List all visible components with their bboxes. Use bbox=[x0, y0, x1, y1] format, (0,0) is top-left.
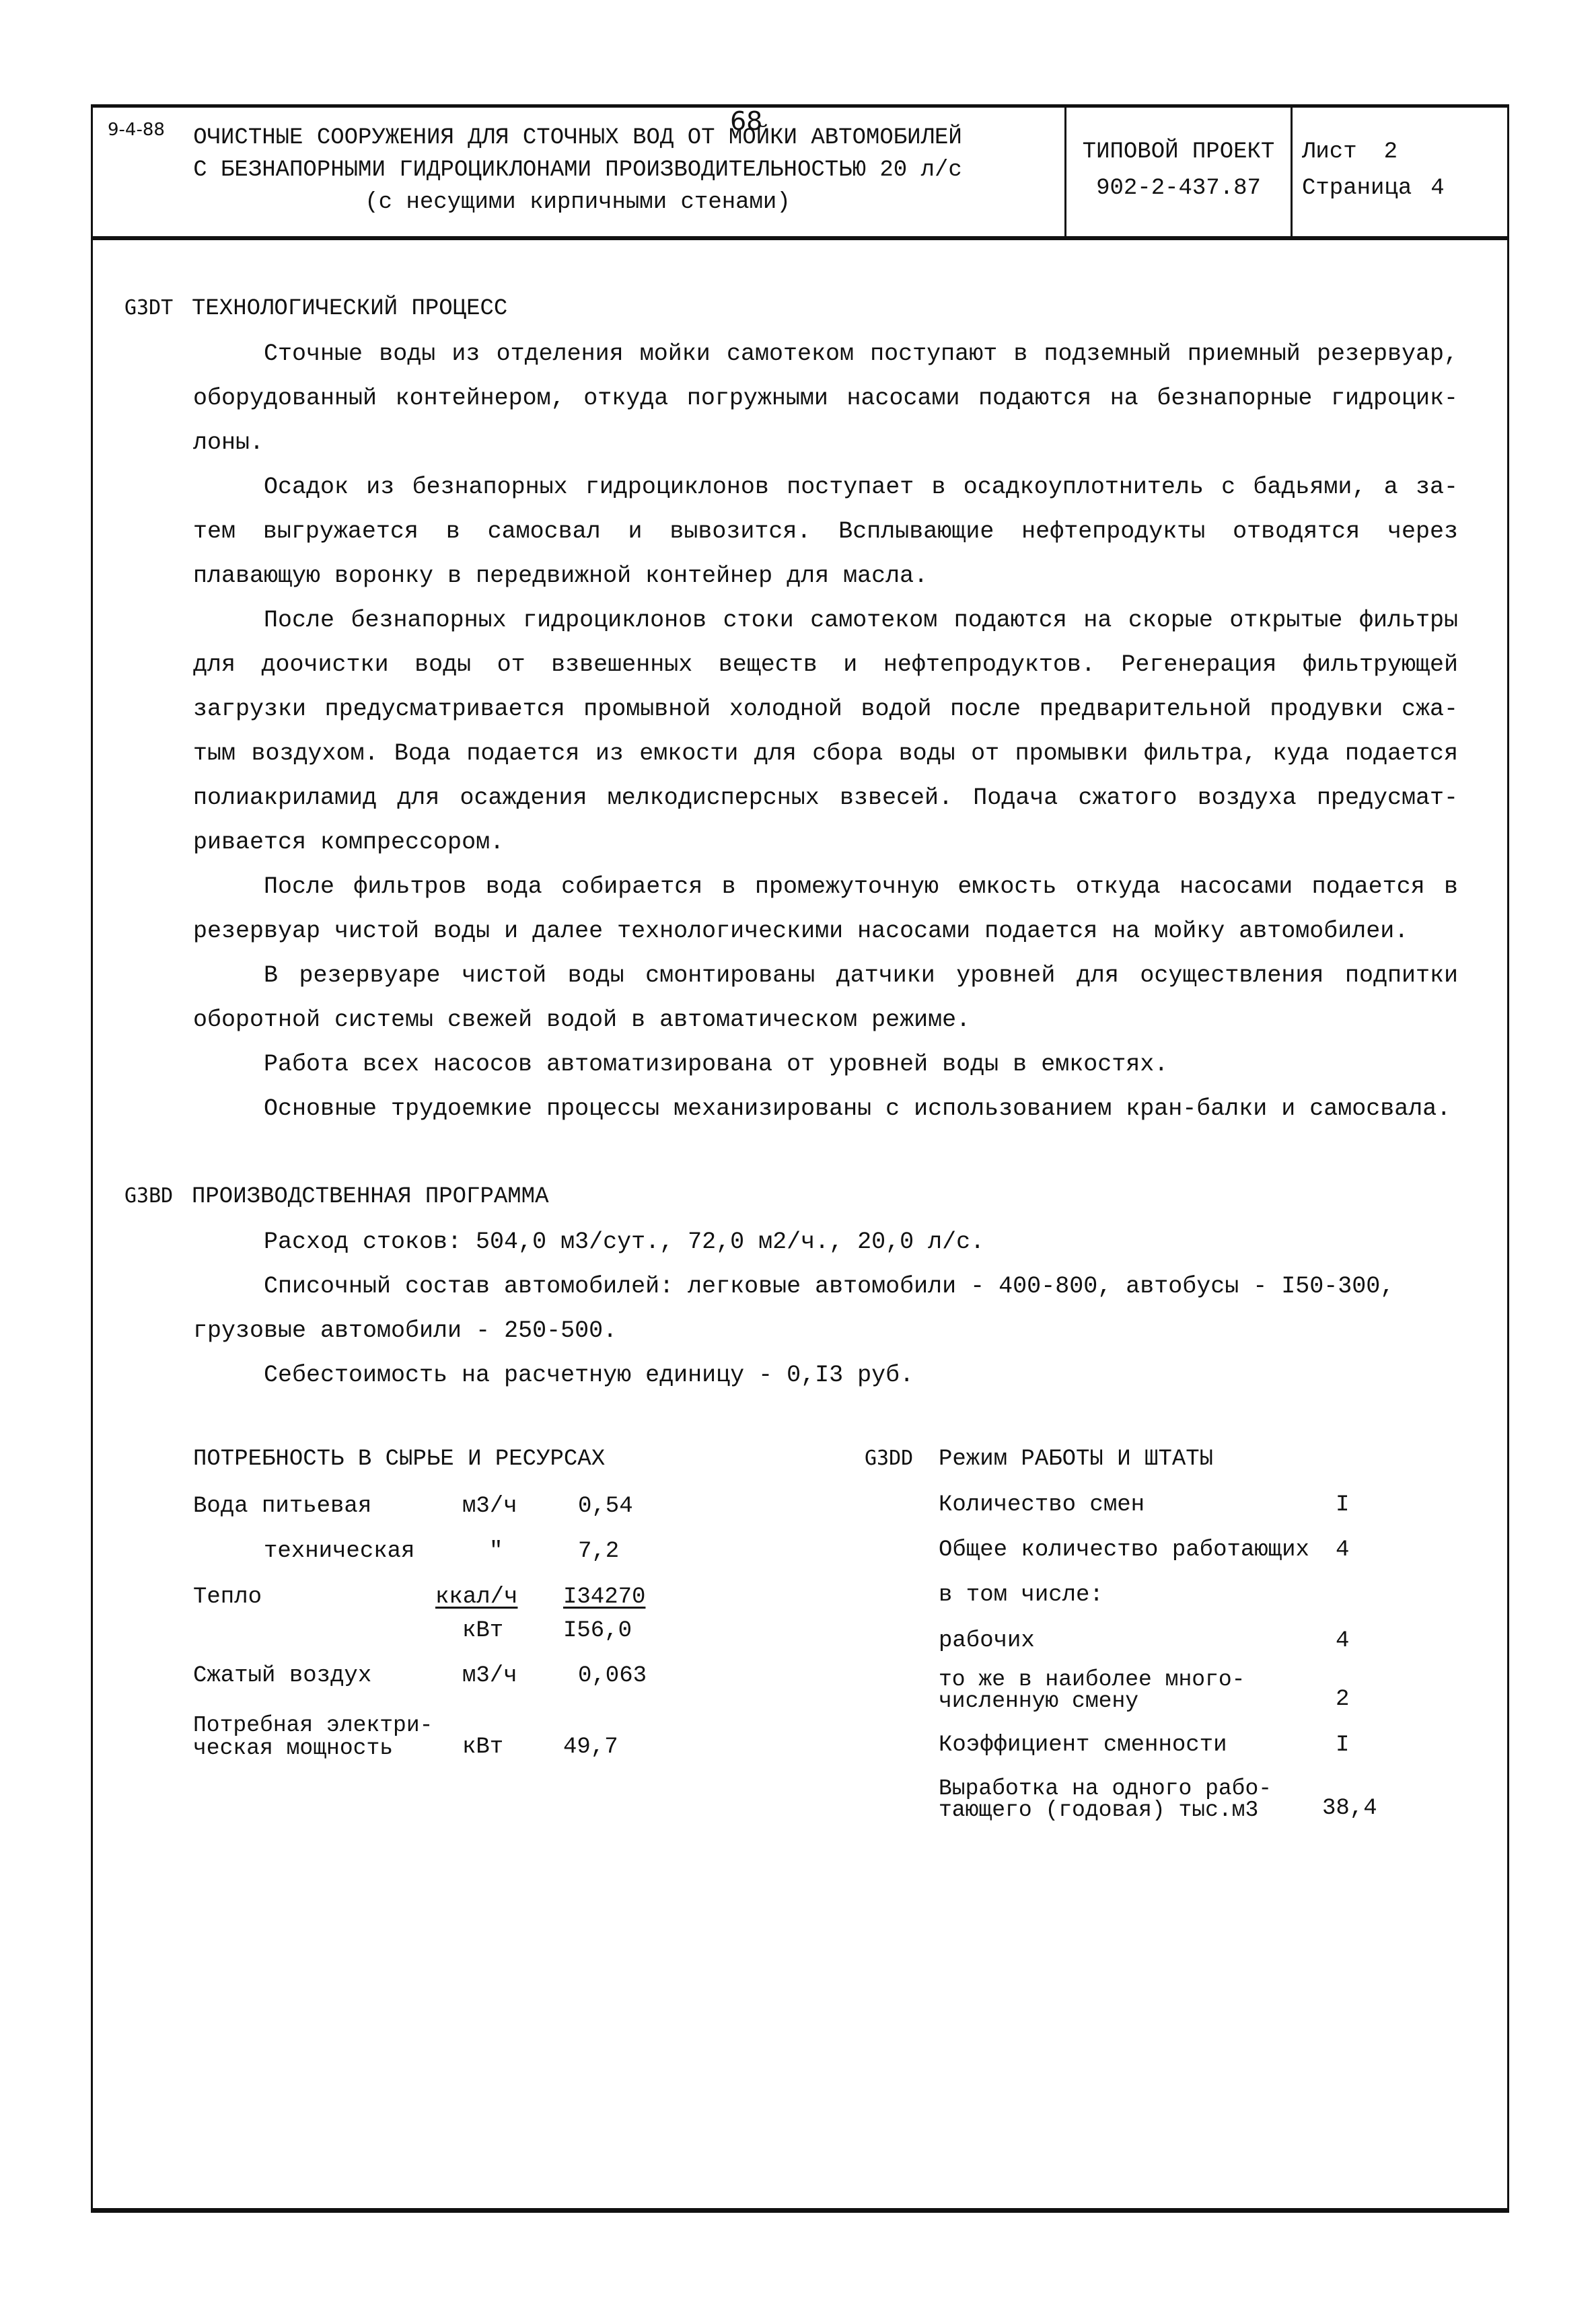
paragraph: Себестоимость на расчетную единицу - 0,I… bbox=[193, 1353, 1458, 1397]
sheet-value: 2 bbox=[1384, 134, 1398, 170]
program-text: Расход стоков: 504,0 м3/сут., 72,0 м2/ч.… bbox=[193, 1220, 1458, 1397]
page-value: 4 bbox=[1430, 170, 1444, 207]
resource-label: Потребная электри- bbox=[193, 1714, 433, 1737]
section-title: ТЕХНОЛОГИЧЕСКИЙ ПРОЦЕСС bbox=[192, 296, 507, 322]
resource-label: техническая bbox=[264, 1539, 414, 1564]
resource-unit: ккал/ч bbox=[435, 1584, 517, 1610]
resources-title: ПОТРЕБНОСТЬ В СЫРЬЕ И РЕСУРСАХ bbox=[193, 1446, 605, 1472]
resource-value: 49,7 bbox=[563, 1734, 618, 1760]
staff-value: 4 bbox=[1336, 1537, 1349, 1563]
staff-label: Общее количество работающих bbox=[939, 1537, 1309, 1563]
title-line-3: (с несущими кирпичными стенами) bbox=[365, 186, 791, 219]
staff-label: Количество смен bbox=[939, 1492, 1145, 1518]
staff-value: I bbox=[1336, 1492, 1349, 1518]
resource-unit: м3/ч bbox=[462, 1494, 517, 1519]
staff-value: I bbox=[1336, 1732, 1349, 1758]
resource-label: Сжатый воздух bbox=[193, 1663, 371, 1689]
staff-label: рабочих bbox=[939, 1628, 1035, 1654]
staff-label: то же в наиболее много- bbox=[939, 1669, 1245, 1691]
resources-table: ПОТРЕБНОСТЬ В СЫРЬЕ И РЕСУРСАХ Вода пить… bbox=[193, 1446, 704, 1769]
section-title: ПРОИЗВОДСТВЕННАЯ ПРОГРАММА bbox=[192, 1184, 549, 1210]
staff-value: 38,4 bbox=[1322, 1796, 1377, 1821]
staff-label: Выработка на одного рабо- bbox=[939, 1777, 1272, 1800]
resource-label: Тепло bbox=[193, 1584, 262, 1610]
paragraph: После фильтров вода собирается в промежу… bbox=[193, 865, 1458, 953]
resource-unit: м3/ч bbox=[462, 1663, 517, 1689]
section-code: G3BD bbox=[124, 1184, 192, 1208]
paragraph: Работа всех насосов автоматизирована от … bbox=[193, 1042, 1458, 1087]
sheet-cell: Лист2 Страница4 bbox=[1291, 104, 1509, 236]
process-text: Сточные воды из отделения мойки самотеко… bbox=[193, 332, 1458, 1131]
title-line-2: С БЕЗНАПОРНЫМИ ГИДРОЦИКЛОНАМИ ПРОИЗВОДИТ… bbox=[193, 154, 962, 186]
project-number: 902-2-437.87 bbox=[1096, 170, 1261, 207]
section-program-heading: G3BDПРОИЗВОДСТВЕННАЯ ПРОГРАММА bbox=[124, 1184, 549, 1210]
resource-unit: кВт bbox=[462, 1618, 503, 1644]
staff-label-cont: тающего (годовая) тыс.м3 bbox=[939, 1799, 1258, 1822]
staff-value: 2 bbox=[1336, 1687, 1349, 1712]
resource-label: Вода питьевая bbox=[193, 1494, 371, 1519]
resource-unit: " bbox=[489, 1539, 503, 1564]
resource-value: I56,0 bbox=[563, 1618, 632, 1644]
resource-unit: кВт bbox=[462, 1734, 503, 1760]
resource-value: I34270 bbox=[563, 1584, 645, 1610]
staff-table: G3DDРежим РАБОТЫ И ШТАТЫ Количество смен… bbox=[865, 1446, 1416, 1864]
resource-value: 7,2 bbox=[578, 1539, 619, 1564]
paragraph: Расход стоков: 504,0 м3/сут., 72,0 м2/ч.… bbox=[193, 1220, 1458, 1264]
paragraph: Основные трудоемкие процессы механизиров… bbox=[193, 1087, 1458, 1131]
document-title: ОЧИСТНЫЕ СООРУЖЕНИЯ ДЛЯ СТОЧНЫХ ВОД ОТ М… bbox=[91, 104, 1064, 236]
section-code: G3DD bbox=[865, 1446, 939, 1470]
resource-value: 0,54 bbox=[578, 1494, 633, 1519]
staff-label: Коэффициент сменности bbox=[939, 1732, 1227, 1758]
sheet-label: Лист bbox=[1302, 134, 1357, 170]
resource-label-cont: ческая мощность bbox=[193, 1737, 393, 1760]
paragraph: Списочный состав автомобилей: легковые а… bbox=[193, 1264, 1458, 1353]
section-process-heading: G3DTТЕХНОЛОГИЧЕСКИЙ ПРОЦЕСС bbox=[124, 296, 507, 322]
staff-value: 4 bbox=[1336, 1628, 1349, 1654]
project-label: ТИПОВОЙ ПРОЕКТ bbox=[1083, 134, 1275, 170]
paragraph: Осадок из безнапорных гидроциклонов пост… bbox=[193, 465, 1458, 598]
paragraph: После безнапорных гидроциклонов стоки са… bbox=[193, 598, 1458, 865]
staff-label-cont: численную смену bbox=[939, 1690, 1138, 1713]
paragraph: В резервуаре чистой воды смонтированы да… bbox=[193, 953, 1458, 1042]
title-line-1: ОЧИСТНЫЕ СООРУЖЕНИЯ ДЛЯ СТОЧНЫХ ВОД ОТ М… bbox=[193, 122, 962, 154]
page-label: Страница bbox=[1302, 170, 1412, 207]
paragraph: Сточные воды из отделения мойки самотеко… bbox=[193, 332, 1458, 465]
resource-value: 0,063 bbox=[578, 1663, 647, 1689]
staff-title: Режим РАБОТЫ И ШТАТЫ bbox=[939, 1446, 1213, 1472]
project-cell: ТИПОВОЙ ПРОЕКТ 902-2-437.87 bbox=[1064, 104, 1291, 236]
title-block: ОЧИСТНЫЕ СООРУЖЕНИЯ ДЛЯ СТОЧНЫХ ВОД ОТ М… bbox=[91, 104, 1509, 240]
section-code: G3DT bbox=[124, 296, 192, 320]
staff-label: в том числе: bbox=[939, 1582, 1103, 1608]
